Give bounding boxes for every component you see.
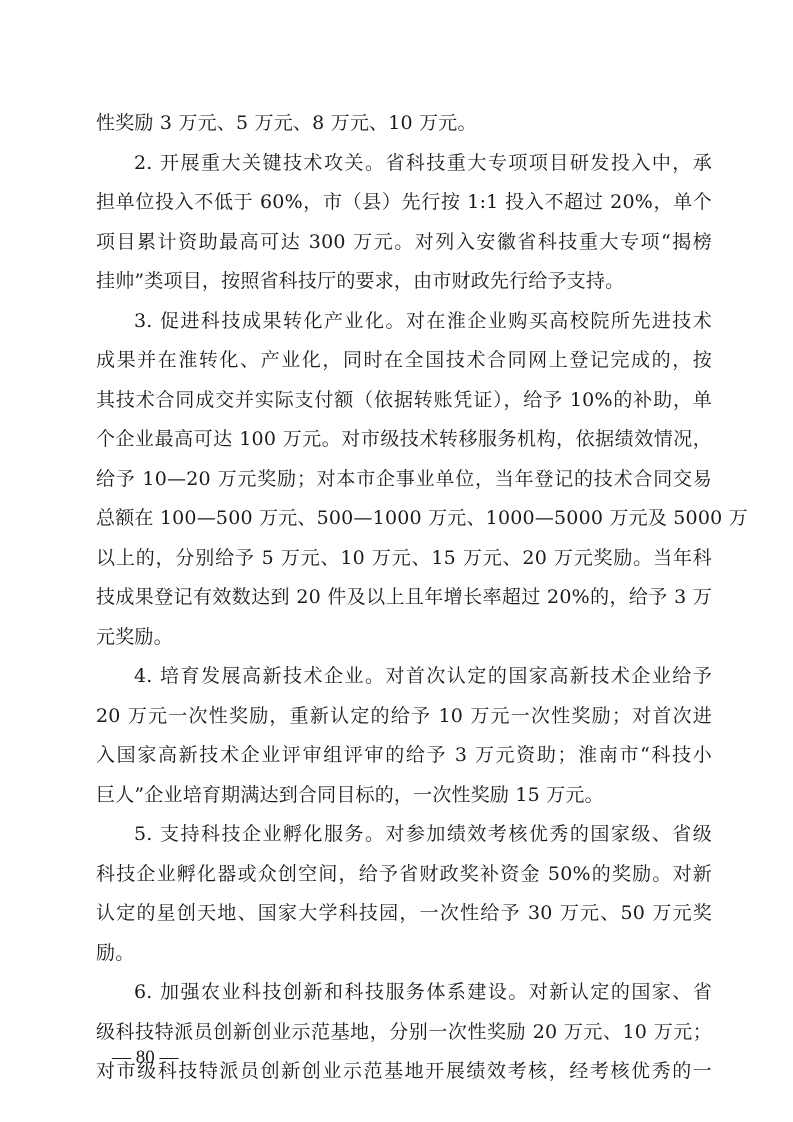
text-line: 技成果登记有效数达到 20 件及以上且年增长率超过 20%的，给予 3 万 <box>96 578 712 618</box>
text-line: 给予 10—20 万元奖励；对本市企事业单位，当年登记的技术合同交易 <box>96 460 712 500</box>
text-line: 巨人”企业培育期满达到合同目标的，一次性奖励 15 万元。 <box>96 776 712 816</box>
page-number: — 80 — <box>112 1046 179 1070</box>
text-line: 20 万元一次性奖励，重新认定的给予 10 万元一次性奖励；对首次进 <box>96 697 712 737</box>
text-line: 入国家高新技术企业评审组评审的给予 3 万元资助；淮南市“科技小 <box>96 736 712 776</box>
text-line: 担单位投入不低于 60%，市（县）先行按 1:1 投入不超过 20%，单个 <box>96 183 712 223</box>
text-line: 对市级科技特派员创新创业示范基地开展绩效考核，经考核优秀的一 <box>96 1052 712 1092</box>
text-line: 挂帅”类项目，按照省科技厅的要求，由市财政先行给予支持。 <box>96 262 712 302</box>
paragraph-3-heading-line: 3. 促进科技成果转化产业化。对在淮企业购买高校院所先进技术 <box>96 302 712 342</box>
text-line: 认定的星创天地、国家大学科技园，一次性给予 30 万元、50 万元奖 <box>96 894 712 934</box>
text-line: 级科技特派员创新创业示范基地，分别一次性奖励 20 万元、10 万元； <box>96 1013 712 1053</box>
body-text: 性奖励 3 万元、5 万元、8 万元、10 万元。 2. 开展重大关键技术攻关。… <box>96 104 712 1092</box>
paragraph-5-heading-line: 5. 支持科技企业孵化服务。对参加绩效考核优秀的国家级、省级 <box>96 815 712 855</box>
text-line: 成果并在淮转化、产业化，同时在全国技术合同网上登记完成的，按 <box>96 341 712 381</box>
text-line: 励。 <box>96 934 712 974</box>
text-line: 元奖励。 <box>96 618 712 658</box>
text-line: 总额在 100—500 万元、500—1000 万元、1000—5000 万元及… <box>96 499 712 539</box>
text-line: 其技术合同成交并实际支付额（依据转账凭证），给予 10%的补助，单 <box>96 381 712 421</box>
document-page: 性奖励 3 万元、5 万元、8 万元、10 万元。 2. 开展重大关键技术攻关。… <box>0 0 793 1122</box>
text-line: 个企业最高可达 100 万元。对市级技术转移服务机构，依据绩效情况， <box>96 420 712 460</box>
text-line: 科技企业孵化器或众创空间，给予省财政奖补资金 50%的奖励。对新 <box>96 855 712 895</box>
text-line: 以上的，分别给予 5 万元、10 万元、15 万元、20 万元奖励。当年科 <box>96 539 712 579</box>
text-line: 性奖励 3 万元、5 万元、8 万元、10 万元。 <box>96 104 712 144</box>
paragraph-2-heading-line: 2. 开展重大关键技术攻关。省科技重大专项项目研发投入中，承 <box>96 144 712 184</box>
paragraph-6-heading-line: 6. 加强农业科技创新和科技服务体系建设。对新认定的国家、省 <box>96 973 712 1013</box>
text-line: 项目累计资助最高可达 300 万元。对列入安徽省科技重大专项“揭榜 <box>96 223 712 263</box>
paragraph-4-heading-line: 4. 培育发展高新技术企业。对首次认定的国家高新技术企业给予 <box>96 657 712 697</box>
